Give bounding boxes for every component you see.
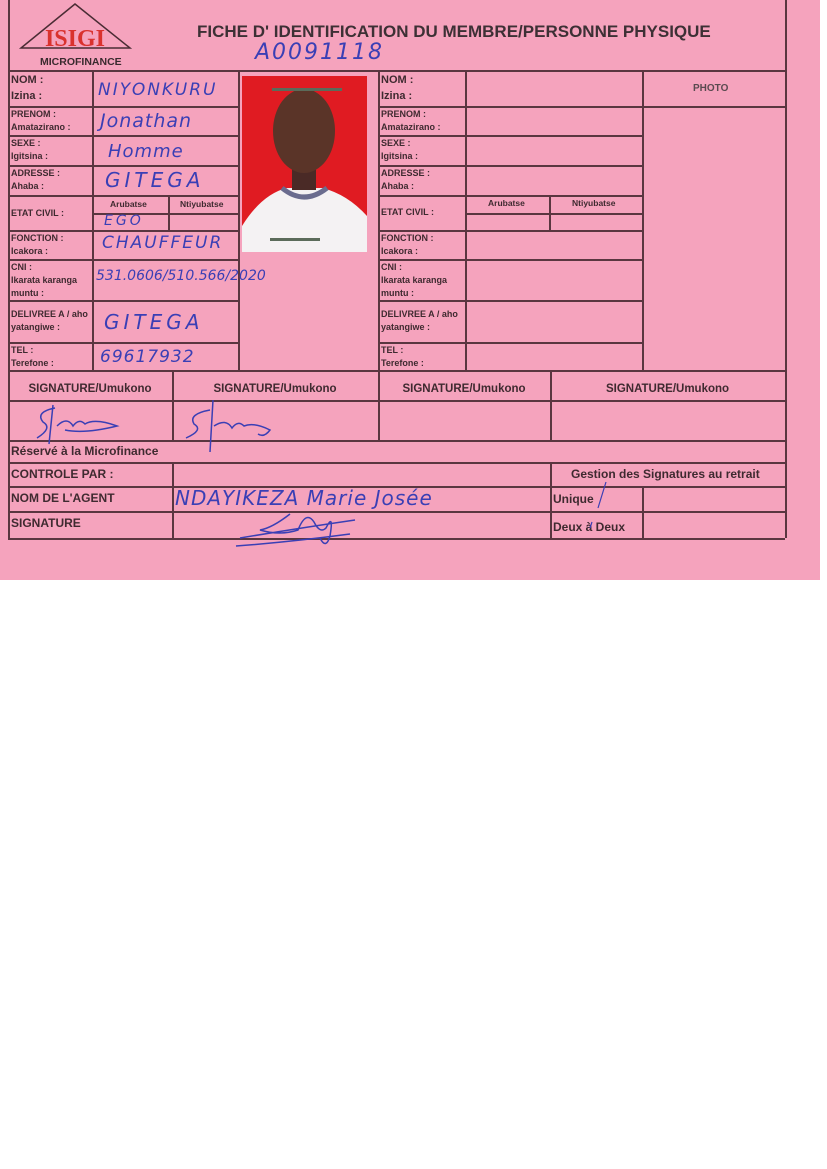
svg-text:ISIGI: ISIGI (45, 26, 105, 52)
label-sexe: SEXE :Igitsina : (11, 137, 48, 163)
isigi-logo: ISIGI MICROFINANCE (18, 2, 133, 70)
signature-header-2: SIGNATURE/Umukono (172, 383, 378, 395)
member1-sexe: Homme (108, 141, 184, 162)
label-fonction-2: FONCTION :Icakora : (381, 232, 434, 258)
label-etat-civil: ETAT CIVIL : (11, 207, 64, 220)
label-cni-2: CNI :Ikarata karangamuntu : (381, 261, 447, 300)
member1-signature-2 (180, 400, 280, 455)
label-adresse: ADRESSE :Ahaba : (11, 167, 60, 193)
identification-form: ISIGI MICROFINANCE FICHE D' IDENTIFICATI… (0, 0, 820, 580)
label-nom-agent: NOM DE L'AGENT (11, 492, 115, 505)
member1-etat-civil: EGO (104, 213, 144, 229)
member1-delivree: GITEGA (104, 310, 203, 334)
signature-header-4: SIGNATURE/Umukono (550, 383, 785, 395)
label-arubatse: Arubatse (110, 198, 147, 211)
label-fonction: FONCTION :Icakora : (11, 232, 64, 258)
label-delivree-2: DELIVREE A / ahoyatangiwe : (381, 308, 458, 334)
label-prenom: PRENOM :Amatazirano : (11, 108, 71, 134)
label-controle: CONTROLE PAR : (11, 468, 113, 481)
label-cni: CNI :Ikarata karangamuntu : (11, 261, 77, 300)
member1-adresse: GITEGA (105, 168, 204, 192)
label-tel: TEL :Terefone : (11, 344, 54, 370)
label-reserve: Réservé à la Microfinance (11, 445, 158, 458)
member-photo (242, 76, 367, 252)
member1-cni: 531.0606/510.566/2020 (96, 268, 266, 284)
reference-number: A0091118 (255, 40, 384, 65)
label-tel-2: TEL :Terefone : (381, 344, 424, 370)
label-etat-civil-2: ETAT CIVIL : (381, 206, 434, 219)
label-prenom-2: PRENOM :Amatazirano : (381, 108, 441, 134)
label-sexe-2: SEXE :Igitsina : (381, 137, 418, 163)
unique-checkmark (570, 480, 620, 530)
form-title: FICHE D' IDENTIFICATION DU MEMBRE/PERSON… (197, 22, 711, 42)
label-arubatse-2: Arubatse (488, 197, 525, 210)
label-ntiyubatse: Ntiyubatse (180, 198, 223, 211)
signature-header-3: SIGNATURE/Umukono (378, 383, 550, 395)
label-nom: NOM :Izina : (11, 72, 43, 104)
member1-tel: 69617932 (100, 347, 195, 367)
label-delivree: DELIVREE A / ahoyatangiwe : (11, 308, 88, 334)
label-photo: PHOTO (693, 82, 728, 95)
signature-header-1: SIGNATURE/Umukono (8, 383, 172, 395)
label-ntiyubatse-2: Ntiyubatse (572, 197, 615, 210)
member1-signature (25, 400, 125, 445)
member1-fonction: CHAUFFEUR (102, 233, 223, 253)
member1-prenom: Jonathan (100, 110, 192, 132)
logo-subtitle: MICROFINANCE (40, 56, 122, 68)
label-nom-2: NOM :Izina : (381, 72, 413, 104)
label-signature: SIGNATURE (11, 517, 81, 530)
agent-signature (230, 500, 370, 555)
member1-nom: NIYONKURU (98, 80, 217, 100)
label-adresse-2: ADRESSE :Ahaba : (381, 167, 430, 193)
